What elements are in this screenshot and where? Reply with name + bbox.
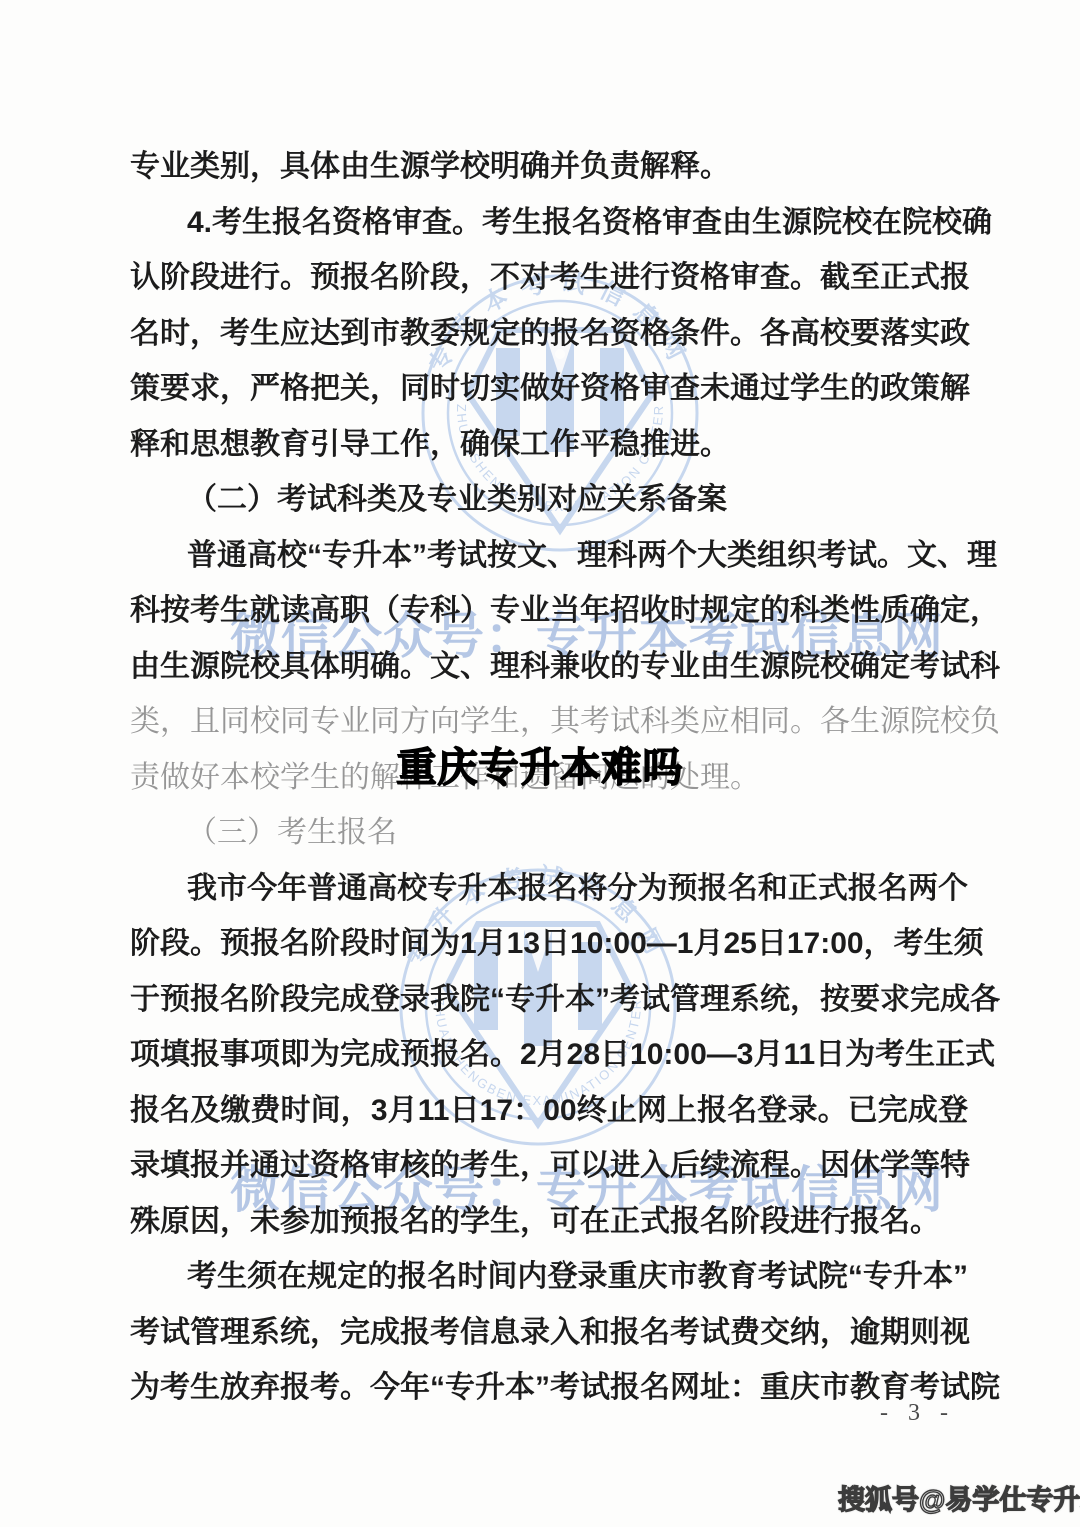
- page-number: - 3 -: [880, 1400, 955, 1427]
- text-line: 报名及缴费时间，3月11日17：00终止网上报名登录。已完成登: [130, 1083, 968, 1139]
- sohu-badge: 搜狐号@易学仕专升本: [838, 1478, 1080, 1517]
- text-line: 考试管理系统，完成报考信息录入和报名考试费交纳，逾期则视: [130, 1305, 968, 1361]
- text-line: 项填报事项即为完成预报名。2月28日10:00—3月11日为考生正式: [130, 1027, 968, 1083]
- text-line: 策要求，严格把关，同时切实做好资格审查未通过学生的政策解: [130, 361, 968, 417]
- text-line: 认阶段进行。预报名阶段，不对考生进行资格审查。截至正式报: [130, 250, 968, 306]
- scanned-document-page: 专升本考试信息网 ZHUANSHENGBEN EXAMINATION CENTE…: [0, 0, 1080, 1527]
- text-line: 我市今年普通高校专升本报名将分为预报名和正式报名两个: [130, 861, 968, 917]
- text-line: （二）考试科类及专业类别对应关系备案: [130, 472, 968, 528]
- text-line: 阶段。预报名阶段时间为1月13日10:00—1月25日17:00，考生须: [130, 916, 968, 972]
- text-line: 由生源院校具体明确。文、理科兼收的专业由生源院校确定考试科: [130, 639, 968, 695]
- text-line: 名时，考生应达到市教委规定的报名资格条件。各高校要落实政: [130, 306, 968, 362]
- text-line: 于预报名阶段完成登录我院“专升本”考试管理系统，按要求完成各: [130, 972, 968, 1028]
- text-line: 考生须在规定的报名时间内登录重庆市教育考试院“专升本”: [130, 1249, 968, 1305]
- text-line: 为考生放弃报考。今年“专升本”考试报名网址：重庆市教育考试院: [130, 1360, 968, 1416]
- text-line: 录填报并通过资格审核的考生，可以进入后续流程。因休学等特: [130, 1138, 968, 1194]
- text-line: 释和思想教育引导工作，确保工作平稳推进。: [130, 417, 968, 473]
- text-line: （三）考生报名: [130, 805, 968, 861]
- overlay-title: 重庆专升本难吗: [0, 736, 1080, 793]
- text-line: 普通高校“专升本”考试按文、理科两个大类组织考试。文、理: [130, 528, 968, 584]
- text-line: 4.考生报名资格审查。考生报名资格审查由生源院校在院校确: [130, 195, 968, 251]
- text-line: 科按考生就读高职（专科）专业当年招收时规定的科类性质确定，: [130, 583, 968, 639]
- text-line: 殊原因，未参加预报名的学生，可在正式报名阶段进行报名。: [130, 1194, 968, 1250]
- text-line: 专业类别，具体由生源学校明确并负责解释。: [130, 139, 968, 195]
